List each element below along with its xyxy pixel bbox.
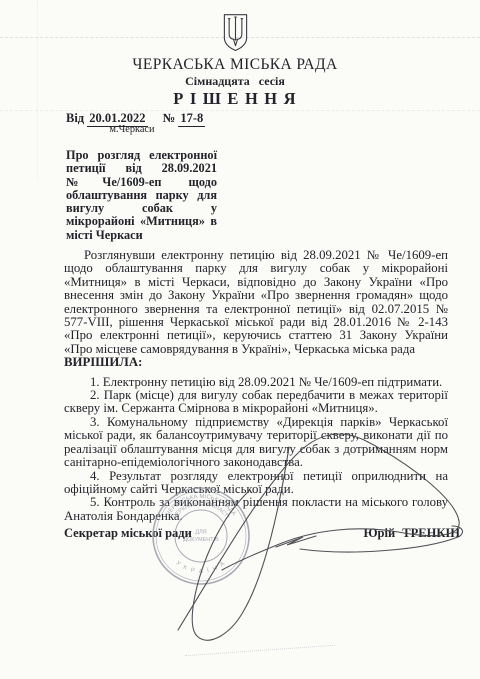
signer-title: Секретар міської ради: [64, 526, 192, 541]
signature-row: Секретар міської ради Юрій ТРЕНКІН: [64, 526, 460, 541]
session-label: Сімнадцята сесія: [0, 74, 470, 88]
subject-block: Про розгляд електронної петиції від 28.0…: [66, 149, 217, 242]
decision-item: 1. Електронну петицію від 28.09.2021 № Ч…: [64, 376, 448, 389]
org-title: ЧЕРКАСЬКА МІСЬКА РАДА: [0, 56, 470, 73]
document-body: Розглянувши електронну петицію від 28.09…: [64, 249, 448, 523]
from-label: Від: [66, 111, 84, 125]
decision-item: 5. Контроль за виконанням рішення поклас…: [64, 496, 448, 523]
city-label: м.Черкаси: [66, 124, 198, 135]
document-header: ЧЕРКАСЬКА МІСЬКА РАДА Сімнадцята сесія Р…: [0, 13, 470, 108]
ukraine-trident-emblem-icon: [222, 13, 249, 53]
stamp-ring-bottom-text: У К Р А Ї Н А: [175, 560, 228, 575]
intro-paragraph: Розглянувши електронну петицію від 28.09…: [64, 249, 448, 356]
scanned-decision-document: ЧЕРКАСЬКА МІСЬКА РАДА Сімнадцята сесія Р…: [0, 0, 480, 679]
svg-text:У К Р А Ї Н А: У К Р А Ї Н А: [175, 560, 228, 575]
decision-item: 3. Комунальному підприємству «Дирекція п…: [64, 416, 448, 470]
signer-name: Юрій ТРЕНКІН: [363, 526, 460, 541]
document-type-title: Р І Ш Е Н Н Я: [0, 90, 470, 108]
decision-item: 4. Результат розгляду електронної петиці…: [64, 470, 448, 497]
scan-artifact-speckle: [185, 645, 335, 656]
number-sign: №: [163, 111, 176, 125]
decision-item: 2. Парк (місце) для вигулу собак передба…: [64, 389, 448, 416]
resolved-label: ВИРІШИЛА:: [64, 356, 448, 369]
